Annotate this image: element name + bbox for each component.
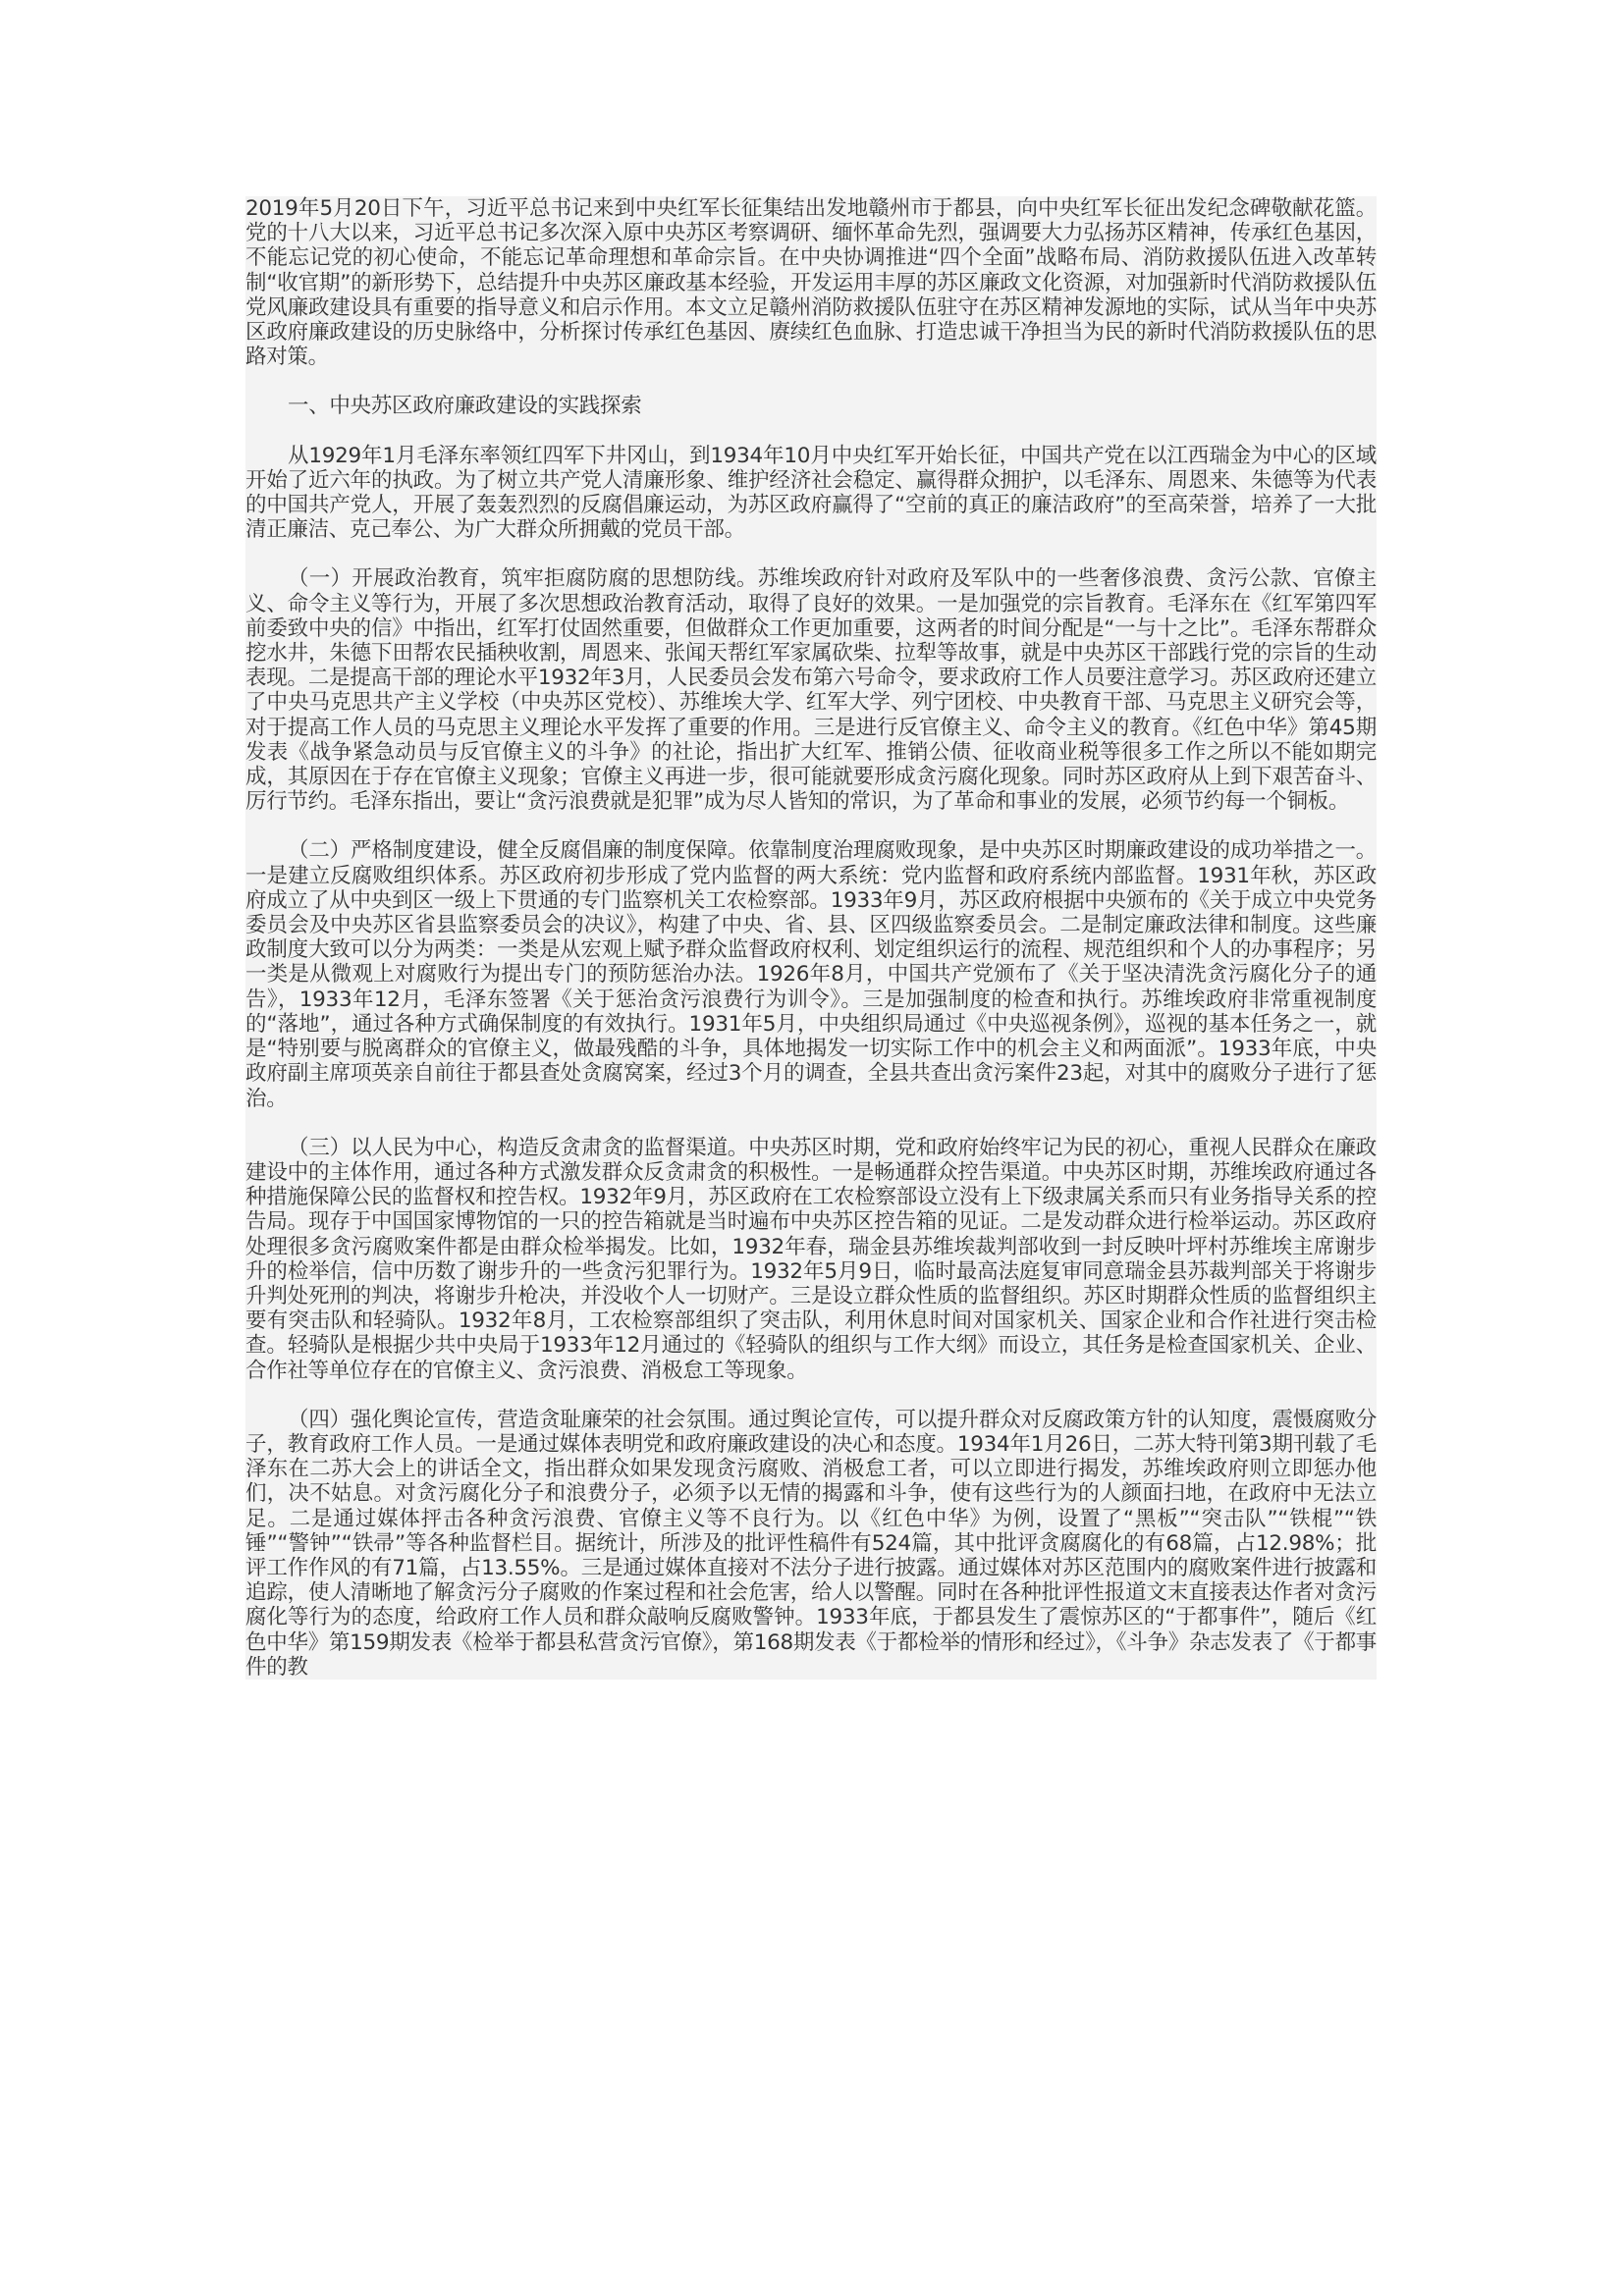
- paragraph-political-education: （一）开展政治教育，筑牢拒腐防腐的思想防线。苏维埃政府针对政府及军队中的一些奢侈…: [245, 566, 1377, 814]
- paragraph-institutional-building: （二）严格制度建设，健全反腐倡廉的制度保障。依靠制度治理腐败现象，是中央苏区时期…: [245, 838, 1377, 1110]
- document-body: 2019年5月20日下午，习近平总书记来到中央红军长征集结出发地赣州市于都县，向…: [245, 196, 1377, 1680]
- section-heading: 一、中央苏区政府廉政建设的实践探索: [245, 394, 1377, 418]
- intro-paragraph: 2019年5月20日下午，习近平总书记来到中央红军长征集结出发地赣州市于都县，向…: [245, 196, 1377, 369]
- paragraph-people-supervision: （三）以人民为中心，构造反贪肃贪的监督渠道。中央苏区时期，党和政府始终牢记为民的…: [245, 1136, 1377, 1383]
- paragraph-public-opinion: （四）强化舆论宣传，营造贪耻廉荣的社会氛围。通过舆论宣传，可以提升群众对反腐政策…: [245, 1408, 1377, 1680]
- paragraph-overview: 从1929年1月毛泽东率领红四军下井冈山，到1934年10月中央红军开始长征，中…: [245, 444, 1377, 543]
